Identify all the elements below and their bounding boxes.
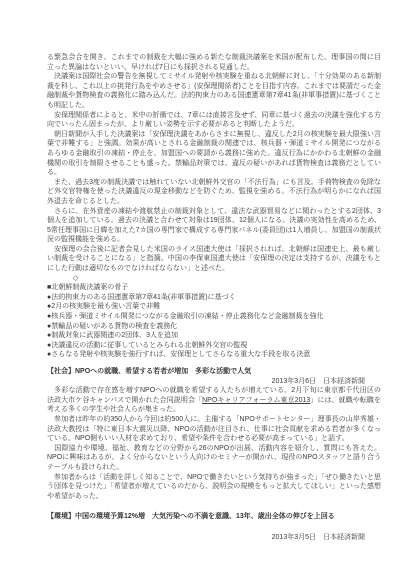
document-page: る緊急会合を開き、これまでの制裁を大幅に強める新たな制裁決議案を米国が配布した。… (0, 0, 410, 580)
diamond-separator-icon: ◇ (73, 274, 381, 284)
document-content: る緊急会合を開き、これまでの制裁を大幅に強める新たな制裁決議案を米国が配布した。… (47, 53, 381, 543)
npo-paragraph-2: 参加者は昨年の約350人から今回は約500人に。主催する「NPOサポートセンター… (47, 415, 381, 444)
npo-paragraph-3: 国際協力や環境、福祉、教育などの分野から26のNPOが出展、活動内容を紹介し、質… (47, 444, 381, 473)
unsc-paragraph-6: さらに、在外資産の凍結や渡航禁止の制裁対象として、違法な武器貿易などに関わったと… (47, 207, 381, 245)
summary-item: ●禁輸品の疑いがある貨物の検査を義務化 (47, 322, 381, 332)
summary-heading: ■北朝鮮制裁決議案の骨子 (47, 283, 381, 293)
unsc-paragraph-5: また、過去3度の制裁決議では触れていない北朝鮮外交官の「不法行為」にも言及。手荷… (47, 178, 381, 207)
unsc-paragraph-2: 決議案は国際社会の警告を無視してミサイル発射や核実験を重ねる北朝鮮に対し、「十分… (47, 72, 381, 110)
summary-item: ●さらなる発射や核実験を強行すれば、安保理としてさらなる重大な手段を取る決意 (47, 350, 381, 360)
unsc-paragraph-3: 安保理関係者によると、米中の折衝では、7章には直接言及せず、同章に基づく過去の決… (47, 111, 381, 130)
env-article-dateline: 2013年3月5日 日本経済新聞 (47, 533, 381, 543)
env-article-headline: 【環境】中国の環境予算12%増 大気汚染への不満を意識、13年、歳出全体の伸びを… (47, 512, 381, 522)
npo-paragraph-4: 参加者からは「活動を詳しく知ることで、NPOで働きたいという気持ちが強まった」「… (47, 473, 381, 502)
summary-item: ●制裁対象に武器関連の2団体、3人を追加 (47, 331, 381, 341)
unsc-paragraph-7: 安保理の会合後に記者会見した米国のライス国連大使は「採択されれば、北朝鮮は国連史… (47, 245, 381, 274)
summary-item: ●2月の核実験を最も強い言葉で非難 (47, 302, 381, 312)
summary-item: ●法的拘束力のある国連憲章第7章41条(非軍事措置)に基づく (47, 293, 381, 303)
unsc-paragraph-4: 朝日新聞が入手した決議案は「安保理決議をあからさまに無視し、違反した2月の核実験… (47, 130, 381, 178)
summary-item: ●決議違反の活動に従事しているとみられる北朝鮮外交官の監視 (47, 341, 381, 351)
summary-item: ●核兵器・弾道ミサイル開発につながる金融取引の凍結・停止義務化など金融制裁を強化 (47, 312, 381, 322)
npo-paragraph-1: 多彩な活動で存在感を増すNPOへの就職を希望する人たちが増えている。2月下旬に東… (47, 386, 381, 415)
npo-article-dateline: 2013年3月6日 日本経済新聞 (47, 377, 381, 387)
unsc-paragraph-1: る緊急会合を開き、これまでの制裁を大幅に強める新たな制裁決議案を米国が配布した。… (47, 53, 381, 72)
npo-forum-link[interactable]: NPOキャリアフォーラム東京2013 (202, 397, 310, 404)
npo-article-headline: 【社会】NPOへの就職、希望する若者が増加 多彩な活動で人気 (47, 367, 381, 377)
